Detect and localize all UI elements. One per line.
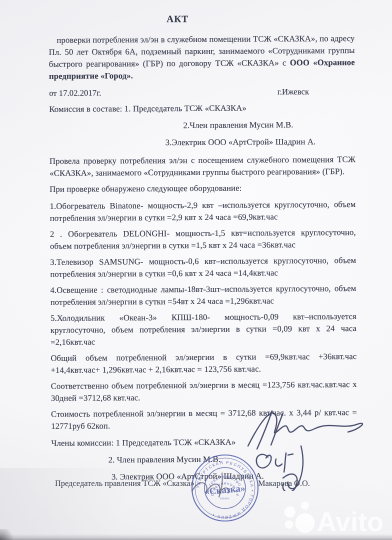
avito-logo-dot-mid bbox=[284, 506, 295, 517]
stamp-inn-line: ИНН bbox=[221, 497, 230, 501]
commission-lead: Комиссия в составе: 1. Председатель ТСЖ … bbox=[49, 102, 355, 116]
photo-bottom-edge bbox=[0, 534, 392, 540]
avito-logo-dot-small bbox=[285, 520, 294, 529]
found-heading: При проверке обнаружено следующее оборуд… bbox=[50, 182, 356, 196]
avito-logo-dot-large bbox=[295, 513, 315, 533]
equipment-item-3: 3.Телевизор SAMSUNG- мощность-0,6 квт–ис… bbox=[50, 255, 356, 281]
equipment-item-2: 2 . Обогреватель DELONGHI- мощность-1,5 … bbox=[50, 227, 356, 253]
avito-watermark: Avito bbox=[280, 497, 392, 539]
footer-chairman-name: Макарова О.О. bbox=[258, 479, 310, 488]
equipment-item-5: 5.Холодильник «Океан-3» КПШ-180- мощност… bbox=[50, 311, 356, 349]
avito-logo-dot-top bbox=[301, 502, 309, 510]
equipment-item-4: 4.Освещение : светодиодные лампы-18вт-3ш… bbox=[50, 283, 356, 309]
handwritten-signatures bbox=[238, 396, 392, 491]
photo-bottom-corner bbox=[0, 529, 16, 540]
commission-member-3: 3.Электрик ООО «АртСтрой» Шадрин А. bbox=[165, 136, 355, 149]
date-city-row: от 17.02.2017г. г.Ижевск bbox=[49, 86, 355, 100]
doc-city: г.Ижевск bbox=[277, 86, 309, 98]
doc-title: АКТ bbox=[25, 13, 331, 27]
commission-member-2: 2.Член правления Мусин М.В. bbox=[183, 119, 355, 132]
equipment-item-1: 1.Обогреватель Binatone- мощность-2,9 кв… bbox=[50, 199, 356, 225]
avito-wordmark: Avito bbox=[317, 507, 384, 537]
total-daily: Общий объем потребленной эл/энергии в су… bbox=[51, 351, 357, 377]
footer-chairman-label: Председатель правления ТСЖ «Сказка» bbox=[55, 479, 195, 488]
check-paragraph: Провела проверку потребления эл/эн с пос… bbox=[49, 154, 355, 180]
doc-date: от 17.02.2017г. bbox=[49, 88, 101, 100]
intro-paragraph: проверки потребления эл/эн в служебном п… bbox=[49, 33, 355, 83]
